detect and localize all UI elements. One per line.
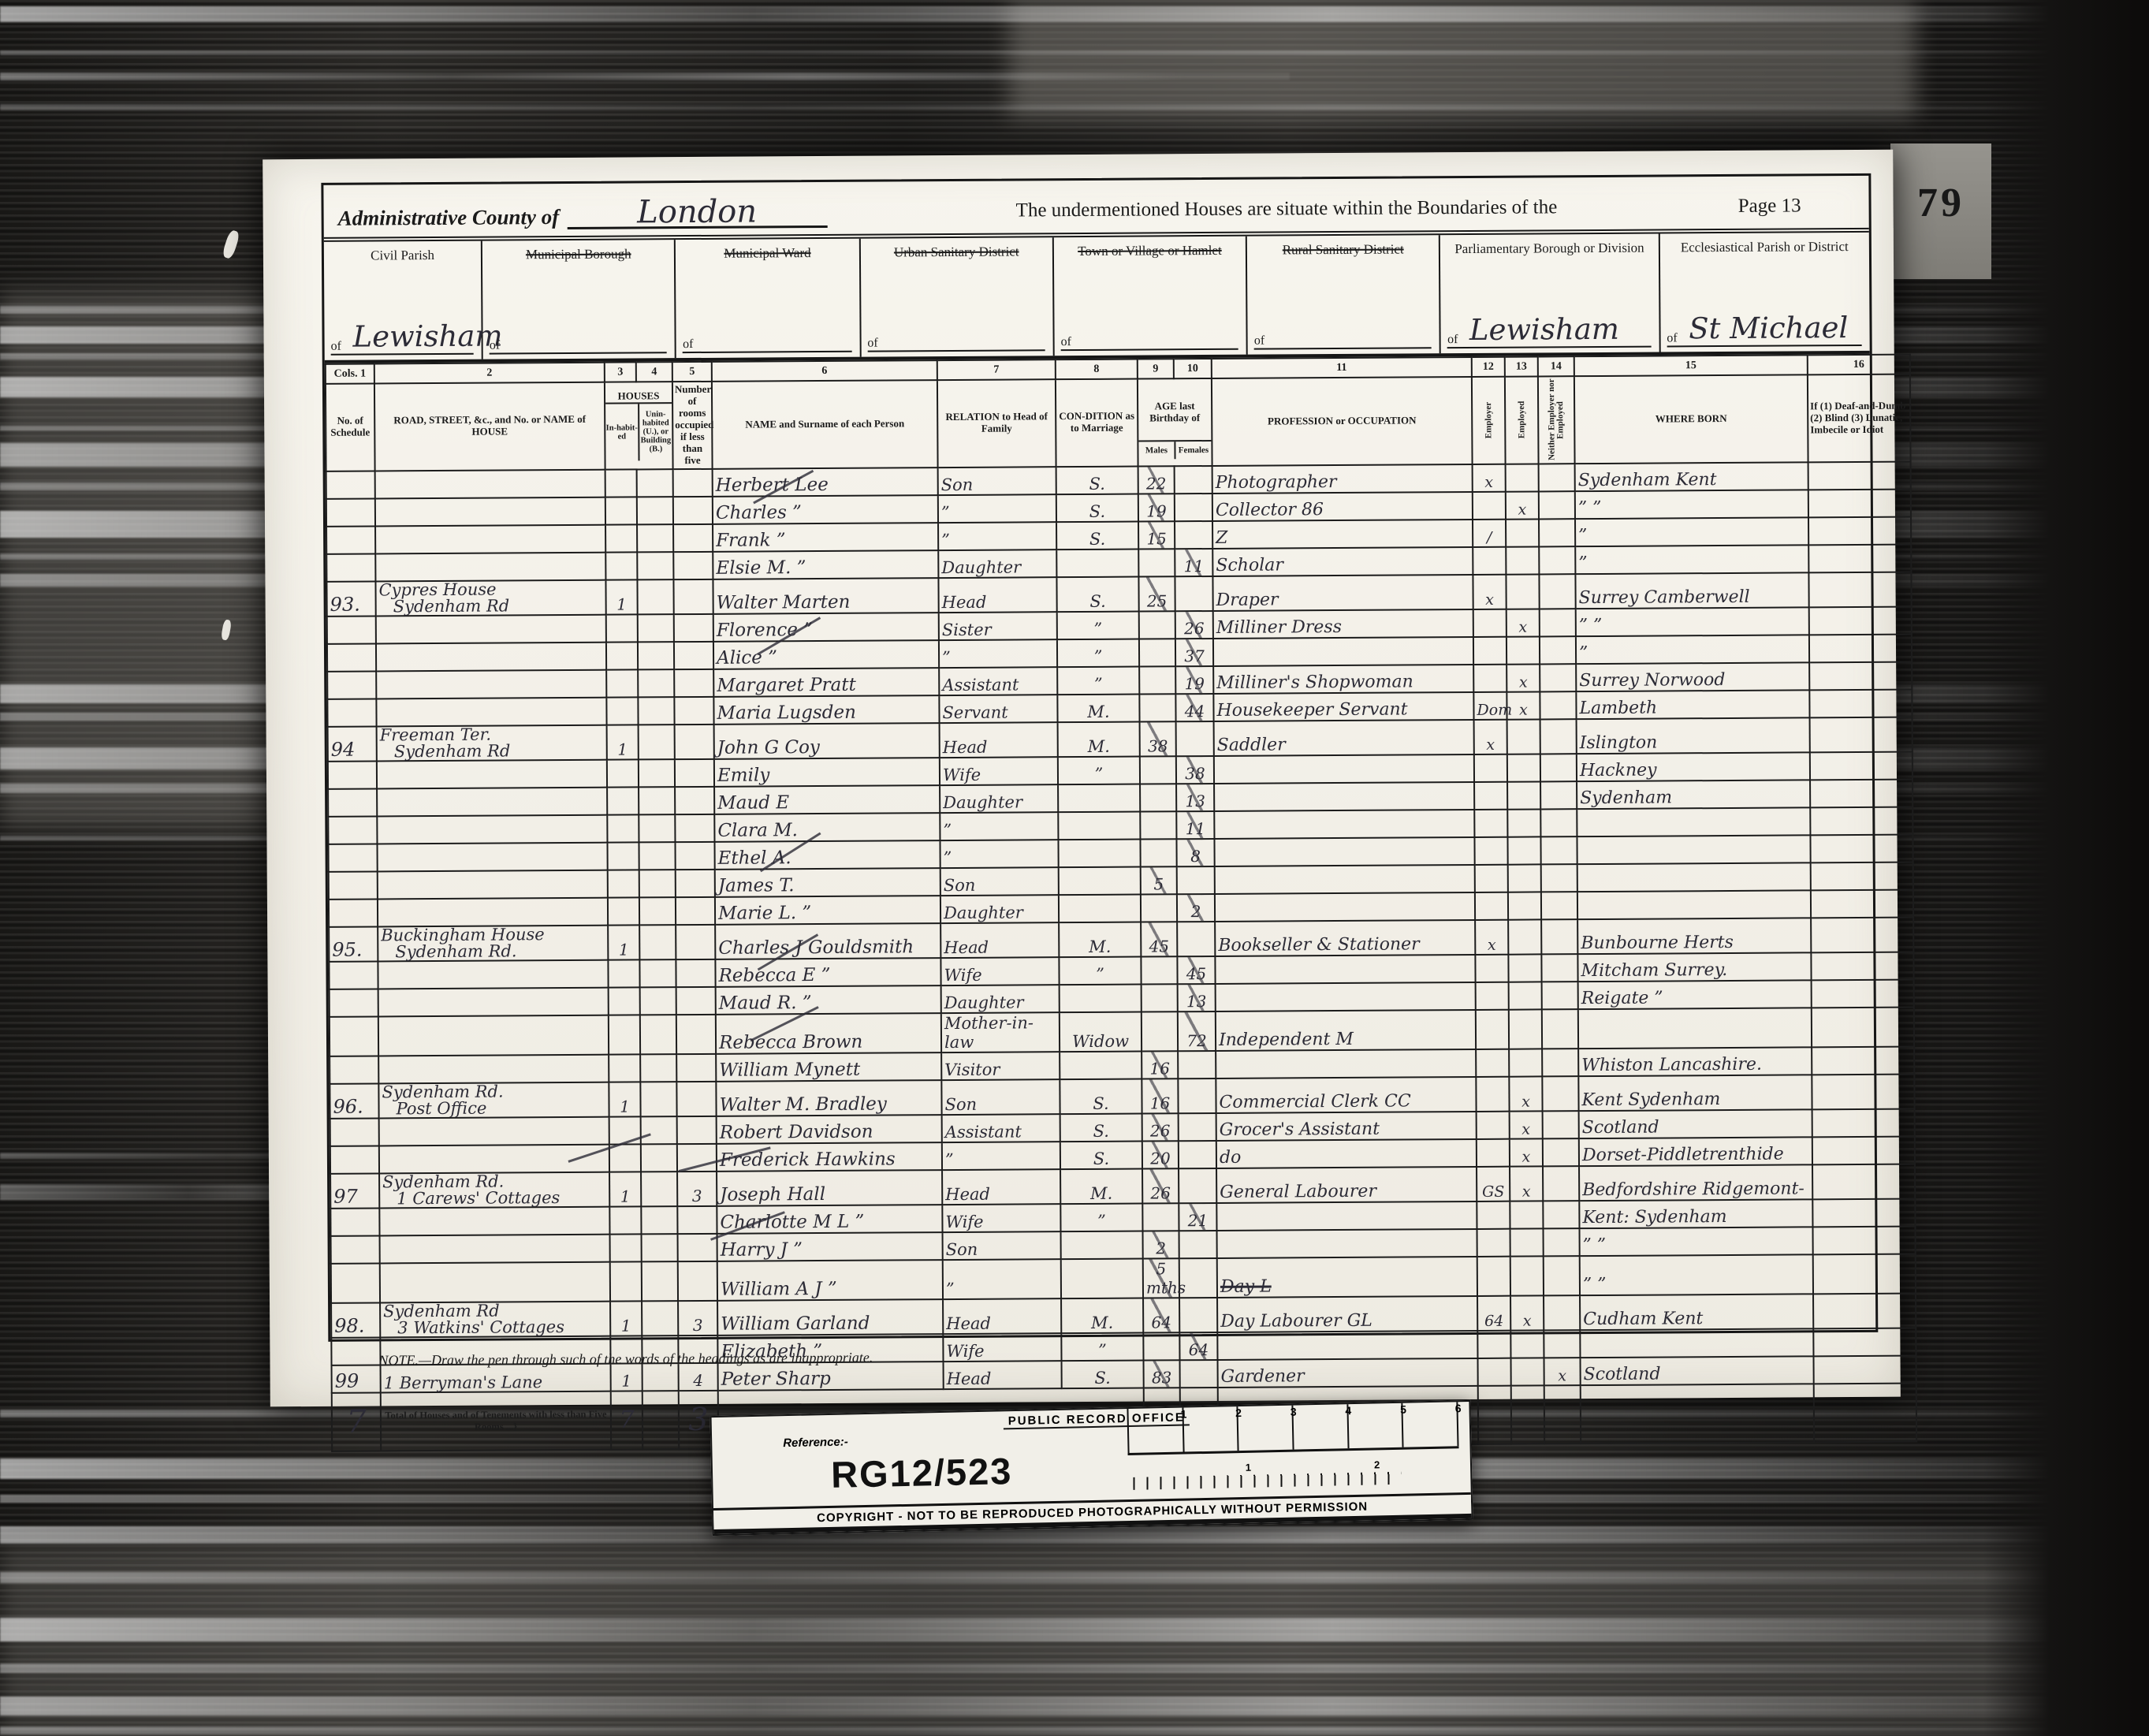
header-females: Females [1175,441,1211,459]
cell-inf [1810,807,1912,835]
cell-c12 [1473,664,1507,691]
cell-born: Mitcham Surrey. [1577,952,1811,982]
cell-c13: x [1510,1111,1543,1138]
cell-inf [1812,1164,1915,1199]
cell-c13: x [1510,1138,1543,1166]
cell-cond [1058,811,1140,840]
cell-rooms [675,814,714,841]
cell-inh: 1 [609,1082,640,1116]
cell-sch [330,989,378,1016]
cell-addr [376,614,606,643]
cell-sch: 97 [330,1173,379,1208]
cell-c12: GS [1477,1166,1510,1201]
cell-born: Dorset-Piddletrenthide [1579,1137,1812,1166]
cell-name: Rebecca E ” [715,958,940,987]
cell-addr: Buckingham HouseSydenham Rd. [378,925,608,961]
cell-c13 [1508,919,1541,954]
ruler-cm-tick: 6 [1403,1402,1459,1447]
total-inhabited: 7 [611,1391,642,1449]
cell-af [1177,922,1215,956]
cell-cond [1061,1258,1143,1298]
cell-rooms: 3 [677,1171,717,1205]
cell-cond [1059,866,1141,895]
col-num: 9 [1138,359,1174,378]
cell-inf [1811,889,1913,918]
cell-am [1140,811,1176,839]
cell-rooms [673,579,713,613]
cell-addr [378,1054,609,1083]
cell-occ: Photographer [1212,464,1473,494]
cell-inf [1812,1226,1915,1254]
cell-c14 [1540,809,1577,836]
district-of: of [867,335,1045,352]
admin-county-value: London [567,197,827,229]
cell-sch [328,788,377,816]
cell-born: Surrey Camberwell [1575,572,1808,609]
cell-addr [380,1234,610,1263]
cell-rooms [674,613,713,641]
cell-am: 2 [1143,1231,1179,1258]
cell-occ [1216,1201,1477,1231]
header-age: AGE last Birthday of [1138,385,1211,442]
cell-c12 [1477,1256,1510,1295]
cell-inh: 1 [609,1172,641,1206]
cell-uninh [639,814,675,842]
cell-cond: S. [1060,1141,1142,1169]
cell-am: 25 [1138,576,1175,611]
cell-c13 [1510,1256,1544,1295]
cell-name: Walter M. Bradley [716,1080,941,1116]
header-neither: Neither Employer nor Employed [1548,378,1566,461]
cell-rel: ” [938,494,1056,523]
cell-c12 [1477,1138,1510,1166]
cell-rel: Son [943,1231,1061,1260]
cell-addr [375,469,605,498]
cell-addr [378,897,608,926]
cell-addr [377,787,607,816]
cell-inf [1808,461,1911,490]
cell-cond [1059,894,1141,922]
cell-c12 [1475,864,1508,892]
cell-name: Alice ” [713,640,939,669]
cell-addr [379,1116,609,1146]
cell-c12: x [1473,574,1506,609]
cell-uninh [639,725,675,759]
cell-cond: ” [1057,639,1139,667]
cell-sch [328,844,377,871]
cell-name: Charles ” [713,495,938,524]
microfilm-scan: { "film": { "page_number": "79" }, "pape… [0,0,2149,1736]
district-of: of [1447,332,1651,349]
cell-cond [1060,984,1142,1012]
cell-rooms [676,959,715,986]
cell-rel: Sister [939,612,1057,640]
district-civil-parish: Civil Parish Lewisham of [324,241,483,360]
cell-c12 [1477,1111,1510,1138]
cell-inf [1812,1074,1914,1109]
cell-rel: ” [942,1142,1060,1170]
cell-c13 [1506,574,1539,609]
cell-sch: 93. [326,581,375,616]
cell-af: 19 [1175,666,1213,694]
cell-name: Frederick Hawkins [717,1142,942,1172]
cell-born: ” ” [1580,1254,1813,1295]
cell-af [1175,576,1212,611]
cell-rooms [678,1261,717,1300]
cell-born: ” [1576,635,1809,664]
cell-cond [1058,839,1140,867]
cell-name: Ethel A. [714,840,940,870]
cell-cond [1060,1051,1142,1079]
frame-number-text: 79 [1917,180,1965,226]
admin-county-label: Administrative County of [338,205,560,231]
col-num: 12 [1472,357,1505,377]
cell-name: Herbert Lee [713,468,938,497]
district-label: Ecclesiastical Parish or District [1665,239,1864,255]
district-urban-sanitary: Urban Sanitary District of [861,237,1055,356]
cell-name: William A J ” [717,1260,943,1301]
cell-uninh [641,1144,677,1172]
cell-c12 [1473,609,1507,636]
cell-occ [1214,782,1474,811]
cell-name: Maria Lugsden [713,695,939,725]
cell-born [1577,862,1811,892]
cell-c13 [1507,781,1540,809]
cell-sch [329,871,378,899]
cell-c14 [1544,1256,1580,1295]
cell-cond: M. [1058,721,1140,757]
cell-inf [1812,1136,1915,1164]
header-inhabited: In-habit-ed [605,404,639,460]
district-label: Town or Village or Hamlet [1059,243,1241,259]
cell-c13: x [1507,664,1540,691]
cell-af: 45 [1177,956,1215,984]
cell-born [1577,890,1811,919]
district-label: Municipal Ward [680,245,854,262]
cell-occ: Scholar [1212,547,1473,576]
cell-inh [605,497,637,524]
cell-name: Charles J Gouldsmith [715,923,940,959]
district-boxes: Civil Parish Lewisham of Municipal Borou… [324,233,1870,363]
header-where-born: WHERE BORN [1574,374,1808,463]
cell-cond [1058,784,1140,812]
cell-inf [1808,516,1911,545]
cell-occ: Independent M [1216,1010,1476,1051]
cell-c14 [1542,1076,1578,1111]
cell-rel: ” [940,840,1058,868]
cell-occ: do [1216,1139,1477,1168]
cell-cond: Widow [1060,1011,1142,1052]
cell-inh [607,814,639,842]
film-streak [0,50,2149,55]
cell-cond: S. [1056,521,1138,549]
cell-rel: ” [940,812,1058,840]
cell-inh [609,1144,641,1172]
cell-addr: Freeman Ter.Sydenham Rd [377,725,607,761]
cell-uninh [639,759,675,787]
cell-am: 45 [1141,922,1177,956]
cell-name: Robert Davidson [717,1115,942,1144]
cell-rooms [673,551,713,579]
cell-c13 [1510,1228,1543,1256]
cell-uninh [640,1082,676,1116]
cell-am: 5 [1141,866,1177,894]
cell-occ: Day L [1217,1257,1477,1298]
cell-rel: Head [942,1169,1060,1205]
cell-c12 [1475,892,1508,919]
cell-af [1175,466,1212,494]
ruler-cm-tick: 3 [1238,1406,1294,1451]
district-of: of [683,337,851,353]
cell-c12: x [1474,719,1507,754]
cell-af [1175,494,1212,521]
cell-c13: x [1509,1076,1542,1111]
cell-rooms [675,786,714,814]
cell-rooms [676,986,716,1014]
col-num: 5 [672,362,712,382]
cell-cond: S. [1056,576,1138,612]
cell-af: 11 [1176,811,1214,839]
cell-c12: / [1473,519,1506,546]
district-of: of [1061,334,1238,351]
cell-name: Rebecca Brown [716,1013,941,1054]
cell-addr: Cypres HouseSydenham Rd [375,579,605,616]
cell-rel: Head [940,722,1058,758]
cell-c13 [1508,954,1541,982]
cell-inf [1811,862,1913,890]
cell-addr [375,524,605,553]
cell-uninh [641,1172,677,1206]
cell-c14 [1540,664,1576,691]
header-infirmities: If (1) Deaf-and-Dumb (2) Blind (3) Lunat… [1808,374,1911,462]
cell-rel: Assistant [942,1114,1060,1142]
cell-sch [331,1235,380,1263]
cell-rel: Daughter [940,784,1058,813]
cell-rooms [675,841,714,869]
film-frame-number: 79 [1890,143,1991,279]
header-uninhabited: Unin-habited (U.), or Building (B.) [639,404,672,460]
cell-inh [606,669,638,697]
cell-addr [378,870,608,899]
cell-born [1577,835,1810,864]
cell-c14 [1543,1111,1579,1138]
cell-uninh [640,987,676,1015]
cell-inh [610,1261,642,1301]
district-label: Rural Sanitary District [1252,241,1434,258]
cell-c14 [1543,1138,1579,1166]
cell-cond: ” [1060,1203,1142,1231]
cell-af [1178,1051,1216,1078]
cell-c14 [1541,919,1577,954]
cell-rel: Son [940,867,1059,896]
cell-c14 [1542,1049,1578,1076]
cell-c14 [1539,519,1575,546]
cell-af [1176,721,1214,756]
cell-am: 22 [1138,466,1175,494]
cell-name: Margaret Pratt [713,668,939,697]
ruler-cm-tick: 2 [1183,1406,1239,1451]
cell-af: 44 [1175,694,1213,721]
cell-af: 11 [1175,549,1212,576]
cell-name: Emily [714,758,940,787]
cell-sch [330,1016,378,1056]
cell-am: 16 [1142,1078,1178,1113]
cell-inf [1813,1254,1916,1294]
cell-inh [605,469,637,497]
cell-sch [329,961,378,989]
cell-occ: Grocer's Assistant [1216,1112,1477,1141]
cell-am: 16 [1142,1051,1178,1078]
cell-uninh [637,524,673,552]
cell-c14 [1541,892,1577,919]
cell-addr [380,1261,610,1302]
cell-inf [1812,1108,1915,1137]
film-streak [0,104,2149,110]
cell-am [1142,1011,1178,1051]
cell-addr [379,1206,609,1235]
cell-rooms [677,1116,717,1143]
cell-addr: Sydenham Rd.Post Office [378,1082,609,1118]
cell-cond: S. [1060,1078,1142,1114]
cell-uninh [639,870,676,897]
cell-name: Charlotte M L ” [717,1205,942,1234]
ruler-cm-tick: 4 [1293,1404,1349,1449]
film-streak [0,1526,2149,1544]
cell-inf [1811,952,1913,980]
header-age-group: AGE last Birthday of Males Females [1138,378,1212,466]
ruler-cm-tick: 1 [1128,1408,1184,1453]
district-town-village: Town or Village or Hamlet of [1054,237,1248,356]
cell-am [1143,1332,1179,1360]
cell-occ: Milliner Dress [1213,609,1473,639]
cell-sch [326,526,375,553]
cell-name: James T. [715,868,940,897]
cell-uninh [639,842,675,870]
cell-af: 2 [1177,894,1215,922]
header-males: Males [1138,442,1175,460]
cell-c14 [1540,754,1577,781]
cell-cond [1056,549,1138,577]
col-num: 14 [1538,356,1574,376]
cell-born: Bedfordshire Ridgemont- [1579,1164,1812,1201]
cell-c12 [1474,754,1507,781]
cell-inf [1810,751,1912,780]
census-rows: Herbert LeeSonS.22PhotographerxSydenham … [326,461,1916,1392]
cell-c13 [1506,464,1539,491]
cell-addr [377,759,607,788]
situate-line: The undermentioned Houses are situate wi… [835,196,1738,228]
col-num: 15 [1574,355,1808,376]
cell-name: Clara M. [714,813,940,842]
cell-addr: Sydenham Rd3 Watkins' Cottages [380,1301,610,1337]
cell-name: Joseph Hall [717,1170,942,1206]
cell-born: Hackney [1577,752,1810,781]
census-page: Administrative County of London The unde… [263,150,1901,1407]
cell-addr: Sydenham Rd.1 Carews' Cottages [379,1172,609,1208]
cell-uninh [637,579,673,614]
cell-inh: 1 [607,725,639,759]
cell-am [1139,694,1175,721]
cell-am [1142,1203,1179,1231]
cell-rel: ” [938,522,1056,550]
total-uninhabited [642,1391,679,1449]
cell-af: 21 [1179,1203,1216,1231]
census-form: Administrative County of London The unde… [321,173,1878,1342]
cell-uninh [641,1206,677,1234]
reference-label: Reference:- [783,1435,848,1450]
cell-c14 [1539,574,1575,609]
district-of: of [1667,330,1861,348]
cell-occ: Collector 86 [1212,492,1473,521]
cell-am: 5 mths [1143,1258,1179,1298]
cell-am [1139,666,1175,694]
cell-af [1179,1258,1217,1298]
cell-sch [328,761,377,788]
cell-born: Bunbourne Herts [1577,918,1811,954]
cell-sch [327,698,376,726]
cell-born: Surrey Norwood [1576,662,1809,691]
district-municipal-borough: Municipal Borough of [482,240,676,359]
cell-rooms [674,696,713,724]
cell-sch [326,498,375,526]
cell-inh [606,697,638,725]
col-num: 11 [1212,357,1472,378]
cell-c14 [1541,954,1577,982]
cell-c13 [1506,546,1539,574]
cell-inf [1809,661,1912,690]
film-right-edge [1983,0,2149,1736]
cell-c14 [1544,1295,1580,1330]
admin-county-row: Administrative County of London The unde… [323,176,1868,242]
col-num: 13 [1505,356,1538,376]
cell-c12 [1475,954,1508,982]
cell-c12: Dom [1473,691,1507,719]
cell-occ [1217,1229,1477,1258]
cell-c13 [1506,519,1539,546]
cell-rooms [674,669,713,696]
cell-name: Harry J ” [717,1232,943,1261]
cell-born: Whiston Lancashire. [1578,1047,1812,1076]
cell-am: 20 [1142,1141,1179,1168]
cell-rel: Head [943,1298,1061,1334]
cell-inf [1809,634,1912,662]
cell-rel: Daughter [941,985,1060,1013]
ruler-inch-scale: 12 [1133,1450,1402,1490]
cell-c12 [1474,809,1507,836]
cell-rooms [676,1014,716,1053]
cell-c14 [1540,609,1576,636]
col-num: 16 [1808,355,1910,375]
cell-c13 [1508,864,1541,892]
cell-c14 [1540,719,1577,754]
cell-rooms [673,523,713,551]
cell-sch: 95. [329,926,378,961]
cell-inf [1810,779,1912,807]
district-label: Urban Sanitary District [866,244,1048,260]
header-profession: PROFESSION or OCCUPATION [1212,377,1473,466]
cell-rel: ” [939,639,1057,668]
cell-am: 64 [1143,1298,1179,1332]
cell-c13 [1509,1009,1542,1049]
cell-c12 [1473,491,1506,519]
cell-name: Florence ” [713,613,939,642]
cell-uninh [640,1015,676,1054]
cell-born [1578,1008,1812,1049]
cell-occ [1214,837,1474,866]
cell-c12 [1473,636,1507,664]
ruler-inch-number: 2 [1374,1458,1380,1470]
cell-c13 [1507,754,1540,781]
